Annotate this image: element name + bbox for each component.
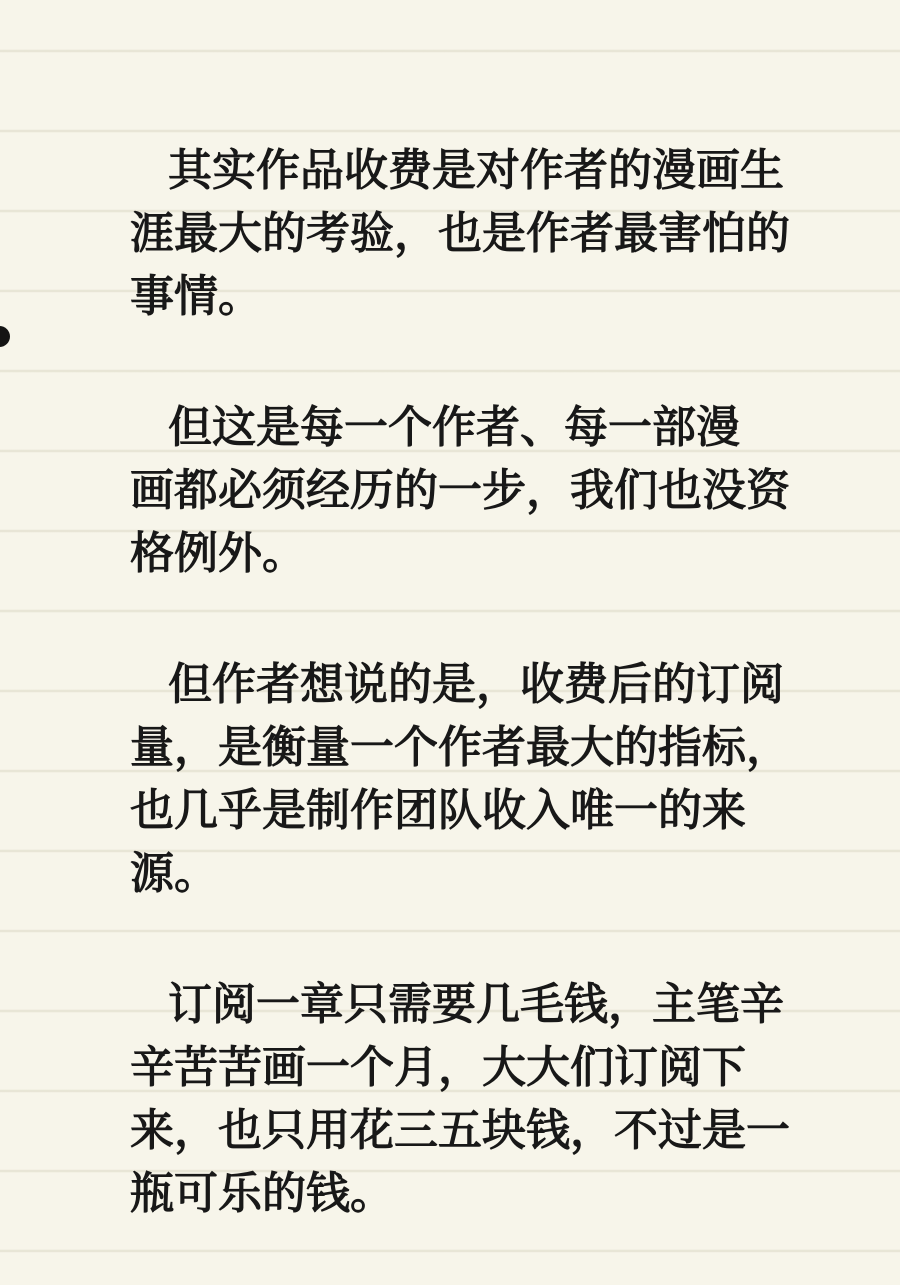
paragraph: 但作者想说的是，收费后的订阅 量，是衡量一个作者最大的指标， 也几乎是制作团队收… bbox=[130, 653, 775, 905]
text-line: 格例外。 bbox=[130, 522, 775, 585]
page-edge-dot bbox=[0, 326, 10, 347]
text-line: 辛苦苦画一个月，大大们订阅下 bbox=[130, 1036, 775, 1099]
text-line: 量，是衡量一个作者最大的指标， bbox=[130, 716, 775, 779]
text-line: 其实作品收费是对作者的漫画生 bbox=[130, 139, 775, 202]
paragraph: 其实作品收费是对作者的漫画生 涯最大的考验，也是作者最害怕的 事情。 bbox=[130, 139, 775, 328]
note-text-block: 其实作品收费是对作者的漫画生 涯最大的考验，也是作者最害怕的 事情。 但这是每一… bbox=[130, 139, 775, 1225]
text-line: 也几乎是制作团队收入唯一的来 bbox=[130, 779, 775, 842]
text-line: 画都必须经历的一步，我们也没资 bbox=[130, 459, 775, 522]
note-page: 其实作品收费是对作者的漫画生 涯最大的考验，也是作者最害怕的 事情。 但这是每一… bbox=[0, 0, 900, 1285]
paragraph: 但这是每一个作者、每一部漫 画都必须经历的一步，我们也没资 格例外。 bbox=[130, 396, 775, 585]
text-line: 但这是每一个作者、每一部漫 bbox=[130, 396, 775, 459]
text-line: 源。 bbox=[130, 842, 775, 905]
text-line: 但作者想说的是，收费后的订阅 bbox=[130, 653, 775, 716]
paragraph: 订阅一章只需要几毛钱，主笔辛 辛苦苦画一个月，大大们订阅下 来，也只用花三五块钱… bbox=[130, 973, 775, 1225]
text-line: 来，也只用花三五块钱，不过是一 bbox=[130, 1099, 775, 1162]
text-line: 事情。 bbox=[130, 265, 775, 328]
text-line: 瓶可乐的钱。 bbox=[130, 1162, 775, 1225]
text-line: 订阅一章只需要几毛钱，主笔辛 bbox=[130, 973, 775, 1036]
text-line: 涯最大的考验，也是作者最害怕的 bbox=[130, 202, 775, 265]
